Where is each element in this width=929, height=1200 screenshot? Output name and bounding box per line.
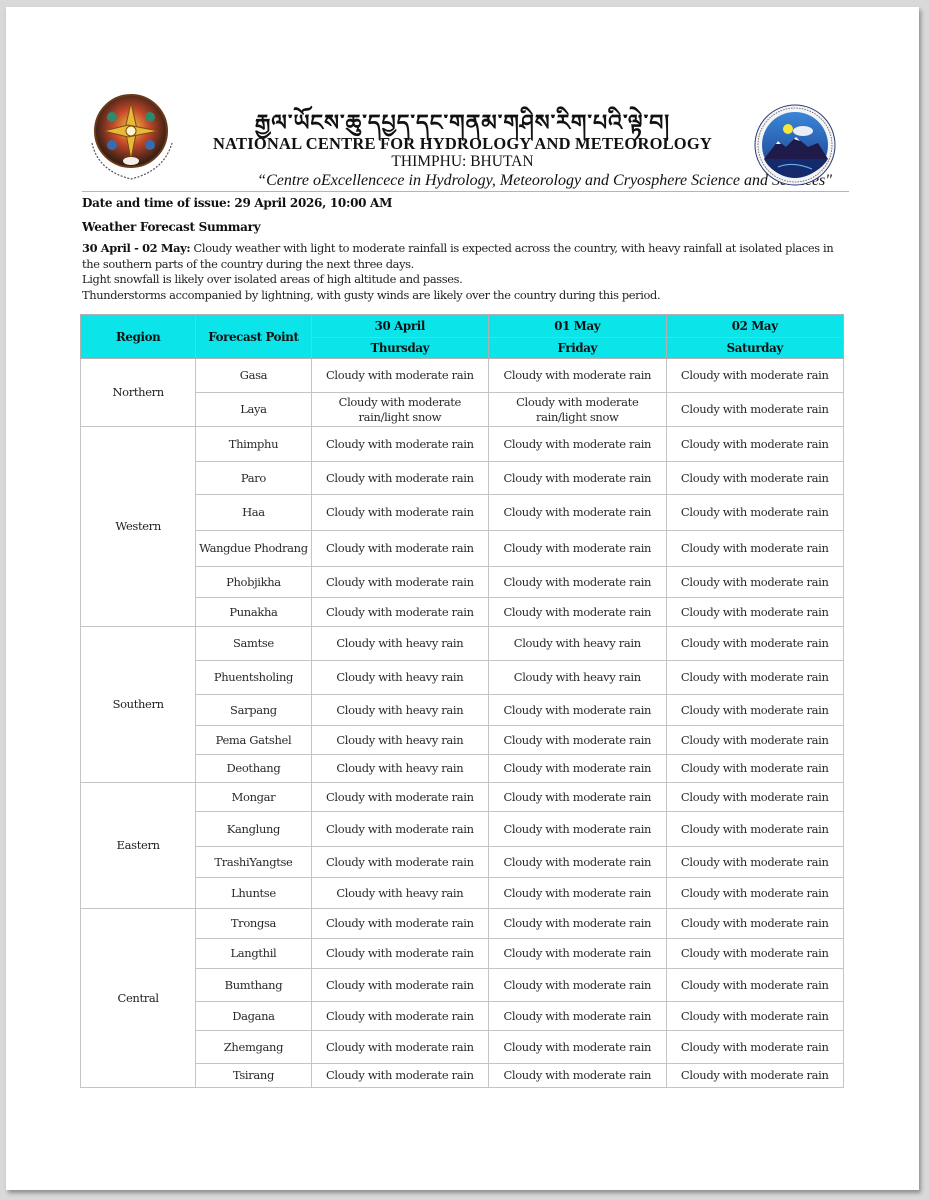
forecast-cell: Cloudy with moderate rain bbox=[311, 462, 488, 495]
forecast-cell: Cloudy with moderate rain bbox=[666, 939, 844, 969]
forecast-text: Cloudy with heavy rain bbox=[336, 703, 463, 717]
forecast-text: Cloudy with moderate rain bbox=[503, 886, 651, 900]
forecast-text: Cloudy with moderate rain bbox=[681, 1068, 829, 1082]
forecast-text: Cloudy with moderate rain bbox=[503, 541, 651, 555]
forecast-text: Cloudy with moderate rain bbox=[681, 733, 829, 747]
region-cell: Southern bbox=[81, 627, 196, 783]
forecast-text: Cloudy with moderate rain bbox=[326, 575, 474, 589]
forecast-cell: Cloudy with moderate rain bbox=[666, 909, 844, 939]
forecast-text: Cloudy with heavy rain bbox=[336, 761, 463, 775]
forecast-point-cell: Gasa bbox=[196, 359, 311, 393]
forecast-cell: Cloudy with moderate rain bbox=[666, 812, 844, 847]
region-cell: Central bbox=[81, 909, 196, 1088]
table-row: LhuntseCloudy with heavy rainCloudy with… bbox=[81, 878, 844, 909]
forecast-text: Cloudy with moderate rain bbox=[681, 575, 829, 589]
forecast-cell: Cloudy with heavy rain bbox=[311, 661, 488, 695]
column-header-date: 30 April bbox=[311, 315, 488, 338]
forecast-text: Cloudy with moderate rain bbox=[681, 402, 829, 416]
column-header-region: Region bbox=[81, 315, 196, 359]
forecast-point-cell: Thimphu bbox=[196, 427, 311, 462]
table-row: SarpangCloudy with heavy rainCloudy with… bbox=[81, 695, 844, 726]
table-row: TrashiYangtseCloudy with moderate rainCl… bbox=[81, 847, 844, 878]
forecast-text: Cloudy with heavy rain bbox=[336, 636, 463, 650]
forecast-text: Cloudy with moderate rain bbox=[681, 605, 829, 619]
document-page: རྒྱལ་ཡོངས་ཆུ་དཔྱད་དང་གནམ་གཤིས་རིག་པའི་ལྟ… bbox=[6, 7, 919, 1190]
forecast-cell: Cloudy with moderate rain bbox=[489, 1064, 666, 1088]
table-row: WesternThimphuCloudy with moderate rainC… bbox=[81, 427, 844, 462]
forecast-text: Cloudy with moderate rain bbox=[326, 978, 474, 992]
forecast-text: Cloudy with moderate rain bbox=[681, 437, 829, 451]
table-row: NorthernGasaCloudy with moderate rainClo… bbox=[81, 359, 844, 393]
forecast-text: Cloudy with moderate rain bbox=[681, 978, 829, 992]
table-row: LayaCloudy with moderate rain/light snow… bbox=[81, 393, 844, 427]
table-row: BumthangCloudy with moderate rainCloudy … bbox=[81, 969, 844, 1002]
summary-period: 30 April - 02 May: bbox=[82, 241, 190, 255]
forecast-text: Cloudy with moderate rain bbox=[681, 703, 829, 717]
forecast-point-cell: Bumthang bbox=[196, 969, 311, 1002]
forecast-point-cell: Samtse bbox=[196, 627, 311, 661]
forecast-point-cell: Sarpang bbox=[196, 695, 311, 726]
summary-line-1: 30 April - 02 May: Cloudy weather with l… bbox=[82, 241, 852, 272]
forecast-cell: Cloudy with moderate rain bbox=[666, 531, 844, 567]
forecast-cell: Cloudy with moderate rain bbox=[489, 598, 666, 627]
forecast-text: Cloudy with moderate rain bbox=[503, 855, 651, 869]
forecast-text: Cloudy with moderate rain bbox=[681, 822, 829, 836]
forecast-point-cell: Punakha bbox=[196, 598, 311, 627]
forecast-cell: Cloudy with moderate rain bbox=[489, 726, 666, 755]
forecast-text: Cloudy with moderate rain bbox=[503, 575, 651, 589]
table-row: SouthernSamtseCloudy with heavy rainClou… bbox=[81, 627, 844, 661]
forecast-cell: Cloudy with moderate rain bbox=[311, 359, 488, 393]
forecast-text: Cloudy with moderate rain bbox=[503, 1009, 651, 1023]
forecast-cell: Cloudy with moderate rain bbox=[666, 627, 844, 661]
forecast-point-cell: Mongar bbox=[196, 783, 311, 812]
forecast-cell: Cloudy with moderate rain bbox=[666, 495, 844, 531]
forecast-text: Cloudy with heavy rain bbox=[336, 886, 463, 900]
forecast-text: Cloudy with moderate rain bbox=[326, 541, 474, 555]
forecast-text: Cloudy with moderate rain bbox=[503, 703, 651, 717]
forecast-text: Cloudy with moderate rain bbox=[503, 437, 651, 451]
forecast-text: Cloudy with moderate rain bbox=[326, 822, 474, 836]
forecast-text: Cloudy with moderate rain/light snow bbox=[502, 395, 652, 425]
forecast-text: Cloudy with moderate rain bbox=[326, 368, 474, 382]
forecast-cell: Cloudy with moderate rain bbox=[311, 1002, 488, 1031]
forecast-text: Cloudy with heavy rain bbox=[336, 670, 463, 684]
forecast-cell: Cloudy with moderate rain bbox=[489, 531, 666, 567]
forecast-text: Cloudy with heavy rain bbox=[514, 670, 641, 684]
forecast-point-cell: Zhemgang bbox=[196, 1031, 311, 1064]
forecast-cell: Cloudy with moderate rain bbox=[666, 783, 844, 812]
table-row: PhuentsholingCloudy with heavy rainCloud… bbox=[81, 661, 844, 695]
forecast-point-cell: Dagana bbox=[196, 1002, 311, 1031]
forecast-cell: Cloudy with moderate rain bbox=[489, 359, 666, 393]
forecast-text: Cloudy with moderate rain bbox=[326, 1068, 474, 1082]
forecast-cell: Cloudy with moderate rain bbox=[311, 783, 488, 812]
forecast-table-body: NorthernGasaCloudy with moderate rainClo… bbox=[81, 359, 844, 1088]
forecast-cell: Cloudy with moderate rain bbox=[666, 726, 844, 755]
forecast-cell: Cloudy with moderate rain bbox=[666, 969, 844, 1002]
forecast-text: Cloudy with moderate rain bbox=[326, 437, 474, 451]
forecast-cell: Cloudy with moderate rain bbox=[489, 567, 666, 598]
forecast-point-cell: Lhuntse bbox=[196, 878, 311, 909]
table-row: CentralTrongsaCloudy with moderate rainC… bbox=[81, 909, 844, 939]
forecast-text: Cloudy with moderate rain bbox=[326, 1040, 474, 1054]
summary-title: Weather Forecast Summary bbox=[82, 220, 260, 234]
table-row: Pema GatshelCloudy with heavy rainCloudy… bbox=[81, 726, 844, 755]
forecast-cell: Cloudy with heavy rain bbox=[311, 627, 488, 661]
forecast-point-cell: Tsirang bbox=[196, 1064, 311, 1088]
forecast-cell: Cloudy with moderate rain bbox=[489, 462, 666, 495]
forecast-cell: Cloudy with moderate rain bbox=[311, 812, 488, 847]
region-cell: Northern bbox=[81, 359, 196, 427]
forecast-point-cell: TrashiYangtse bbox=[196, 847, 311, 878]
forecast-cell: Cloudy with moderate rain bbox=[489, 695, 666, 726]
table-row: TsirangCloudy with moderate rainCloudy w… bbox=[81, 1064, 844, 1088]
forecast-cell: Cloudy with moderate rain bbox=[489, 812, 666, 847]
forecast-point-cell: Pema Gatshel bbox=[196, 726, 311, 755]
forecast-cell: Cloudy with moderate rain bbox=[666, 462, 844, 495]
forecast-text: Cloudy with moderate rain bbox=[326, 790, 474, 804]
table-row: LangthilCloudy with moderate rainCloudy … bbox=[81, 939, 844, 969]
forecast-cell: Cloudy with moderate rain bbox=[666, 695, 844, 726]
forecast-text: Cloudy with moderate rain bbox=[503, 946, 651, 960]
forecast-cell: Cloudy with moderate rain bbox=[489, 1002, 666, 1031]
forecast-point-cell: Haa bbox=[196, 495, 311, 531]
forecast-text: Cloudy with heavy rain bbox=[336, 733, 463, 747]
summary-line-3: Thunderstorms accompanied by lightning, … bbox=[82, 288, 852, 304]
table-row: PhobjikhaCloudy with moderate rainCloudy… bbox=[81, 567, 844, 598]
table-row: KanglungCloudy with moderate rainCloudy … bbox=[81, 812, 844, 847]
forecast-cell: Cloudy with moderate rain bbox=[489, 969, 666, 1002]
forecast-cell: Cloudy with heavy rain bbox=[311, 878, 488, 909]
forecast-text: Cloudy with moderate rain/light snow bbox=[325, 395, 475, 425]
forecast-cell: Cloudy with moderate rain bbox=[311, 909, 488, 939]
table-row: ZhemgangCloudy with moderate rainCloudy … bbox=[81, 1031, 844, 1064]
forecast-cell: Cloudy with heavy rain bbox=[489, 627, 666, 661]
forecast-text: Cloudy with moderate rain bbox=[326, 946, 474, 960]
forecast-cell: Cloudy with moderate rain bbox=[489, 847, 666, 878]
forecast-text: Cloudy with moderate rain bbox=[681, 471, 829, 485]
forecast-cell: Cloudy with moderate rain bbox=[666, 598, 844, 627]
forecast-cell: Cloudy with moderate rain bbox=[311, 495, 488, 531]
forecast-text: Cloudy with moderate rain bbox=[681, 790, 829, 804]
forecast-cell: Cloudy with moderate rain bbox=[666, 359, 844, 393]
forecast-text: Cloudy with moderate rain bbox=[681, 1040, 829, 1054]
region-cell: Eastern bbox=[81, 783, 196, 909]
forecast-cell: Cloudy with moderate rain bbox=[666, 847, 844, 878]
forecast-text: Cloudy with moderate rain bbox=[681, 368, 829, 382]
column-header-forecast-point: Forecast Point bbox=[196, 315, 311, 359]
forecast-point-cell: Trongsa bbox=[196, 909, 311, 939]
forecast-point-cell: Laya bbox=[196, 393, 311, 427]
forecast-cell: Cloudy with moderate rain bbox=[666, 1064, 844, 1088]
column-header-date: 01 May bbox=[489, 315, 666, 338]
forecast-text: Cloudy with moderate rain bbox=[503, 1040, 651, 1054]
forecast-cell: Cloudy with heavy rain bbox=[311, 726, 488, 755]
table-row: DaganaCloudy with moderate rainCloudy wi… bbox=[81, 1002, 844, 1031]
forecast-summary: 30 April - 02 May: Cloudy weather with l… bbox=[82, 241, 852, 303]
table-row: HaaCloudy with moderate rainCloudy with … bbox=[81, 495, 844, 531]
forecast-cell: Cloudy with moderate rain bbox=[666, 427, 844, 462]
issue-datetime: Date and time of issue: 29 April 2026, 1… bbox=[82, 196, 392, 210]
forecast-text: Cloudy with moderate rain bbox=[681, 670, 829, 684]
forecast-cell: Cloudy with moderate rain bbox=[666, 1002, 844, 1031]
forecast-cell: Cloudy with moderate rain/light snow bbox=[311, 393, 488, 427]
table-row: DeothangCloudy with heavy rainCloudy wit… bbox=[81, 755, 844, 783]
forecast-cell: Cloudy with moderate rain bbox=[666, 661, 844, 695]
forecast-text: Cloudy with moderate rain bbox=[503, 978, 651, 992]
column-header-date: 02 May bbox=[666, 315, 844, 338]
forecast-text: Cloudy with moderate rain bbox=[681, 505, 829, 519]
forecast-point-cell: Langthil bbox=[196, 939, 311, 969]
forecast-cell: Cloudy with moderate rain bbox=[666, 567, 844, 598]
forecast-text: Cloudy with moderate rain bbox=[503, 368, 651, 382]
column-header-weekday: Thursday bbox=[311, 338, 488, 359]
forecast-cell: Cloudy with heavy rain bbox=[489, 661, 666, 695]
forecast-cell: Cloudy with moderate rain bbox=[311, 847, 488, 878]
forecast-cell: Cloudy with heavy rain bbox=[311, 695, 488, 726]
forecast-cell: Cloudy with moderate rain bbox=[311, 427, 488, 462]
forecast-point-cell: Wangdue Phodrang bbox=[196, 531, 311, 567]
forecast-text: Cloudy with moderate rain bbox=[326, 471, 474, 485]
forecast-cell: Cloudy with moderate rain bbox=[311, 969, 488, 1002]
forecast-cell: Cloudy with moderate rain bbox=[311, 598, 488, 627]
forecast-text: Cloudy with moderate rain bbox=[503, 1068, 651, 1082]
forecast-text: Cloudy with moderate rain bbox=[326, 855, 474, 869]
forecast-table: Region Forecast Point 30 April 01 May 02… bbox=[80, 314, 844, 1088]
forecast-text: Cloudy with moderate rain bbox=[326, 505, 474, 519]
forecast-cell: Cloudy with moderate rain/light snow bbox=[489, 393, 666, 427]
table-row: ParoCloudy with moderate rainCloudy with… bbox=[81, 462, 844, 495]
organization-motto: “Centre oExcellencece in Hydrology, Mete… bbox=[92, 172, 836, 190]
forecast-text: Cloudy with moderate rain bbox=[503, 916, 651, 930]
forecast-cell: Cloudy with moderate rain bbox=[489, 427, 666, 462]
forecast-point-cell: Phuentsholing bbox=[196, 661, 311, 695]
forecast-cell: Cloudy with moderate rain bbox=[311, 567, 488, 598]
forecast-cell: Cloudy with moderate rain bbox=[311, 1031, 488, 1064]
region-cell: Western bbox=[81, 427, 196, 627]
forecast-cell: Cloudy with moderate rain bbox=[489, 755, 666, 783]
forecast-text: Cloudy with moderate rain bbox=[503, 761, 651, 775]
forecast-text: Cloudy with moderate rain bbox=[681, 916, 829, 930]
forecast-text: Cloudy with moderate rain bbox=[681, 541, 829, 555]
forecast-text: Cloudy with moderate rain bbox=[326, 1009, 474, 1023]
forecast-text: Cloudy with moderate rain bbox=[326, 916, 474, 930]
forecast-text: Cloudy with heavy rain bbox=[514, 636, 641, 650]
forecast-cell: Cloudy with moderate rain bbox=[489, 878, 666, 909]
header-divider bbox=[82, 191, 849, 192]
column-header-weekday: Friday bbox=[489, 338, 666, 359]
table-row: PunakhaCloudy with moderate rainCloudy w… bbox=[81, 598, 844, 627]
forecast-text: Cloudy with moderate rain bbox=[681, 946, 829, 960]
forecast-cell: Cloudy with moderate rain bbox=[489, 909, 666, 939]
forecast-text: Cloudy with moderate rain bbox=[681, 855, 829, 869]
forecast-point-cell: Paro bbox=[196, 462, 311, 495]
forecast-cell: Cloudy with moderate rain bbox=[489, 1031, 666, 1064]
forecast-cell: Cloudy with heavy rain bbox=[311, 755, 488, 783]
document-header: རྒྱལ་ཡོངས་ཆུ་དཔྱད་དང་གནམ་གཤིས་རིག་པའི་ལྟ… bbox=[6, 7, 919, 192]
forecast-cell: Cloudy with moderate rain bbox=[489, 495, 666, 531]
forecast-text: Cloudy with moderate rain bbox=[503, 605, 651, 619]
forecast-point-cell: Phobjikha bbox=[196, 567, 311, 598]
forecast-cell: Cloudy with moderate rain bbox=[666, 878, 844, 909]
forecast-point-cell: Kanglung bbox=[196, 812, 311, 847]
forecast-text: Cloudy with moderate rain bbox=[503, 822, 651, 836]
table-row: EasternMongarCloudy with moderate rainCl… bbox=[81, 783, 844, 812]
forecast-cell: Cloudy with moderate rain bbox=[311, 1064, 488, 1088]
forecast-text: Cloudy with moderate rain bbox=[503, 505, 651, 519]
table-row: Wangdue PhodrangCloudy with moderate rai… bbox=[81, 531, 844, 567]
forecast-cell: Cloudy with moderate rain bbox=[489, 783, 666, 812]
forecast-point-cell: Deothang bbox=[196, 755, 311, 783]
nchm-logo-icon bbox=[748, 101, 842, 189]
forecast-cell: Cloudy with moderate rain bbox=[666, 755, 844, 783]
forecast-text: Cloudy with moderate rain bbox=[503, 790, 651, 804]
forecast-text: Cloudy with moderate rain bbox=[681, 761, 829, 775]
forecast-text: Cloudy with moderate rain bbox=[503, 471, 651, 485]
forecast-text: Cloudy with moderate rain bbox=[681, 636, 829, 650]
forecast-cell: Cloudy with moderate rain bbox=[311, 531, 488, 567]
column-header-weekday: Saturday bbox=[666, 338, 844, 359]
forecast-text: Cloudy with moderate rain bbox=[681, 1009, 829, 1023]
forecast-text: Cloudy with moderate rain bbox=[681, 886, 829, 900]
forecast-cell: Cloudy with moderate rain bbox=[311, 939, 488, 969]
forecast-cell: Cloudy with moderate rain bbox=[666, 1031, 844, 1064]
forecast-text: Cloudy with moderate rain bbox=[326, 605, 474, 619]
forecast-cell: Cloudy with moderate rain bbox=[666, 393, 844, 427]
forecast-cell: Cloudy with moderate rain bbox=[489, 939, 666, 969]
forecast-text: Cloudy with moderate rain bbox=[503, 733, 651, 747]
summary-line-2: Light snowfall is likely over isolated a… bbox=[82, 272, 852, 288]
